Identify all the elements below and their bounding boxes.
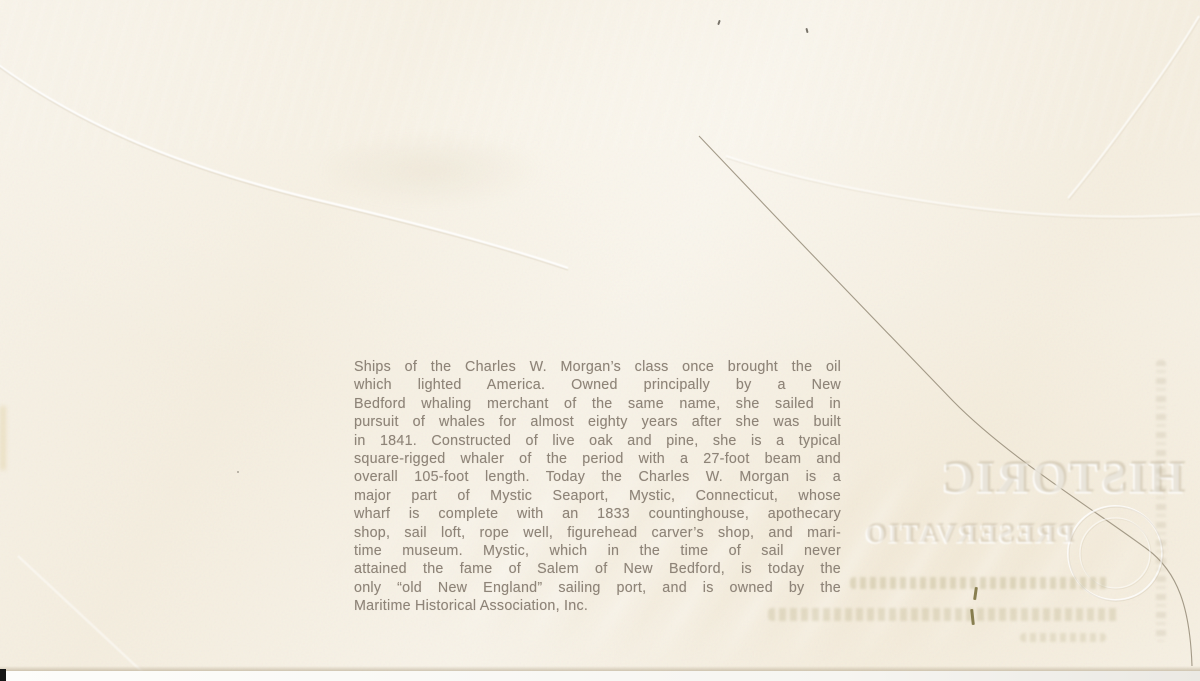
- body-text-block: Ships of the Charles W. Morgan’s class o…: [354, 358, 841, 616]
- showthrough-smudge-line-1: [850, 577, 1108, 589]
- body-text-line: major part of Mystic Seaport, Mystic, Co…: [354, 487, 841, 505]
- body-text-line: Ships of the Charles W. Morgan’s class o…: [354, 358, 841, 376]
- body-text-line: in 1841. Constructed of live oak and pin…: [354, 432, 841, 450]
- showthrough-smudge-line-3: [1020, 633, 1106, 642]
- body-text-line: attained the fame of Salem of New Bedfor…: [354, 560, 841, 578]
- envelope-back-scan: HISTORIC PRESERVATIO Ships of the Charle…: [0, 0, 1200, 681]
- stain-left-edge: [0, 406, 6, 470]
- body-text-line: overall 105-foot length. Today the Charl…: [354, 468, 841, 486]
- body-text-line: time museum. Mystic, which in the time o…: [354, 542, 841, 560]
- body-text-line: which lighted America. Owned principally…: [354, 376, 841, 394]
- body-text-line: Maritime Historical Association, Inc.: [354, 597, 841, 615]
- body-text-line: shop, sail loft, rope well, figurehead c…: [354, 524, 841, 542]
- body-text-line: Bedford whaling merchant of the same nam…: [354, 395, 841, 413]
- body-text-line: square-rigged whaler of the period with …: [354, 450, 841, 468]
- showthrough-preservation-text: PRESERVATIO: [858, 518, 1080, 549]
- body-text-line: pursuit of whales for almost eighty year…: [354, 413, 841, 431]
- scan-corner-notch: [0, 669, 6, 681]
- scanner-background-strip: [0, 671, 1200, 681]
- body-text-line: only “old New England” sailing port, and…: [354, 579, 841, 597]
- body-text-line: wharf is complete with an 1833 countingh…: [354, 505, 841, 523]
- showthrough-historic-text: HISTORIC: [945, 450, 1185, 503]
- showthrough-vertical-text-smudge: [1156, 360, 1166, 642]
- dust-speck-3: [237, 471, 239, 473]
